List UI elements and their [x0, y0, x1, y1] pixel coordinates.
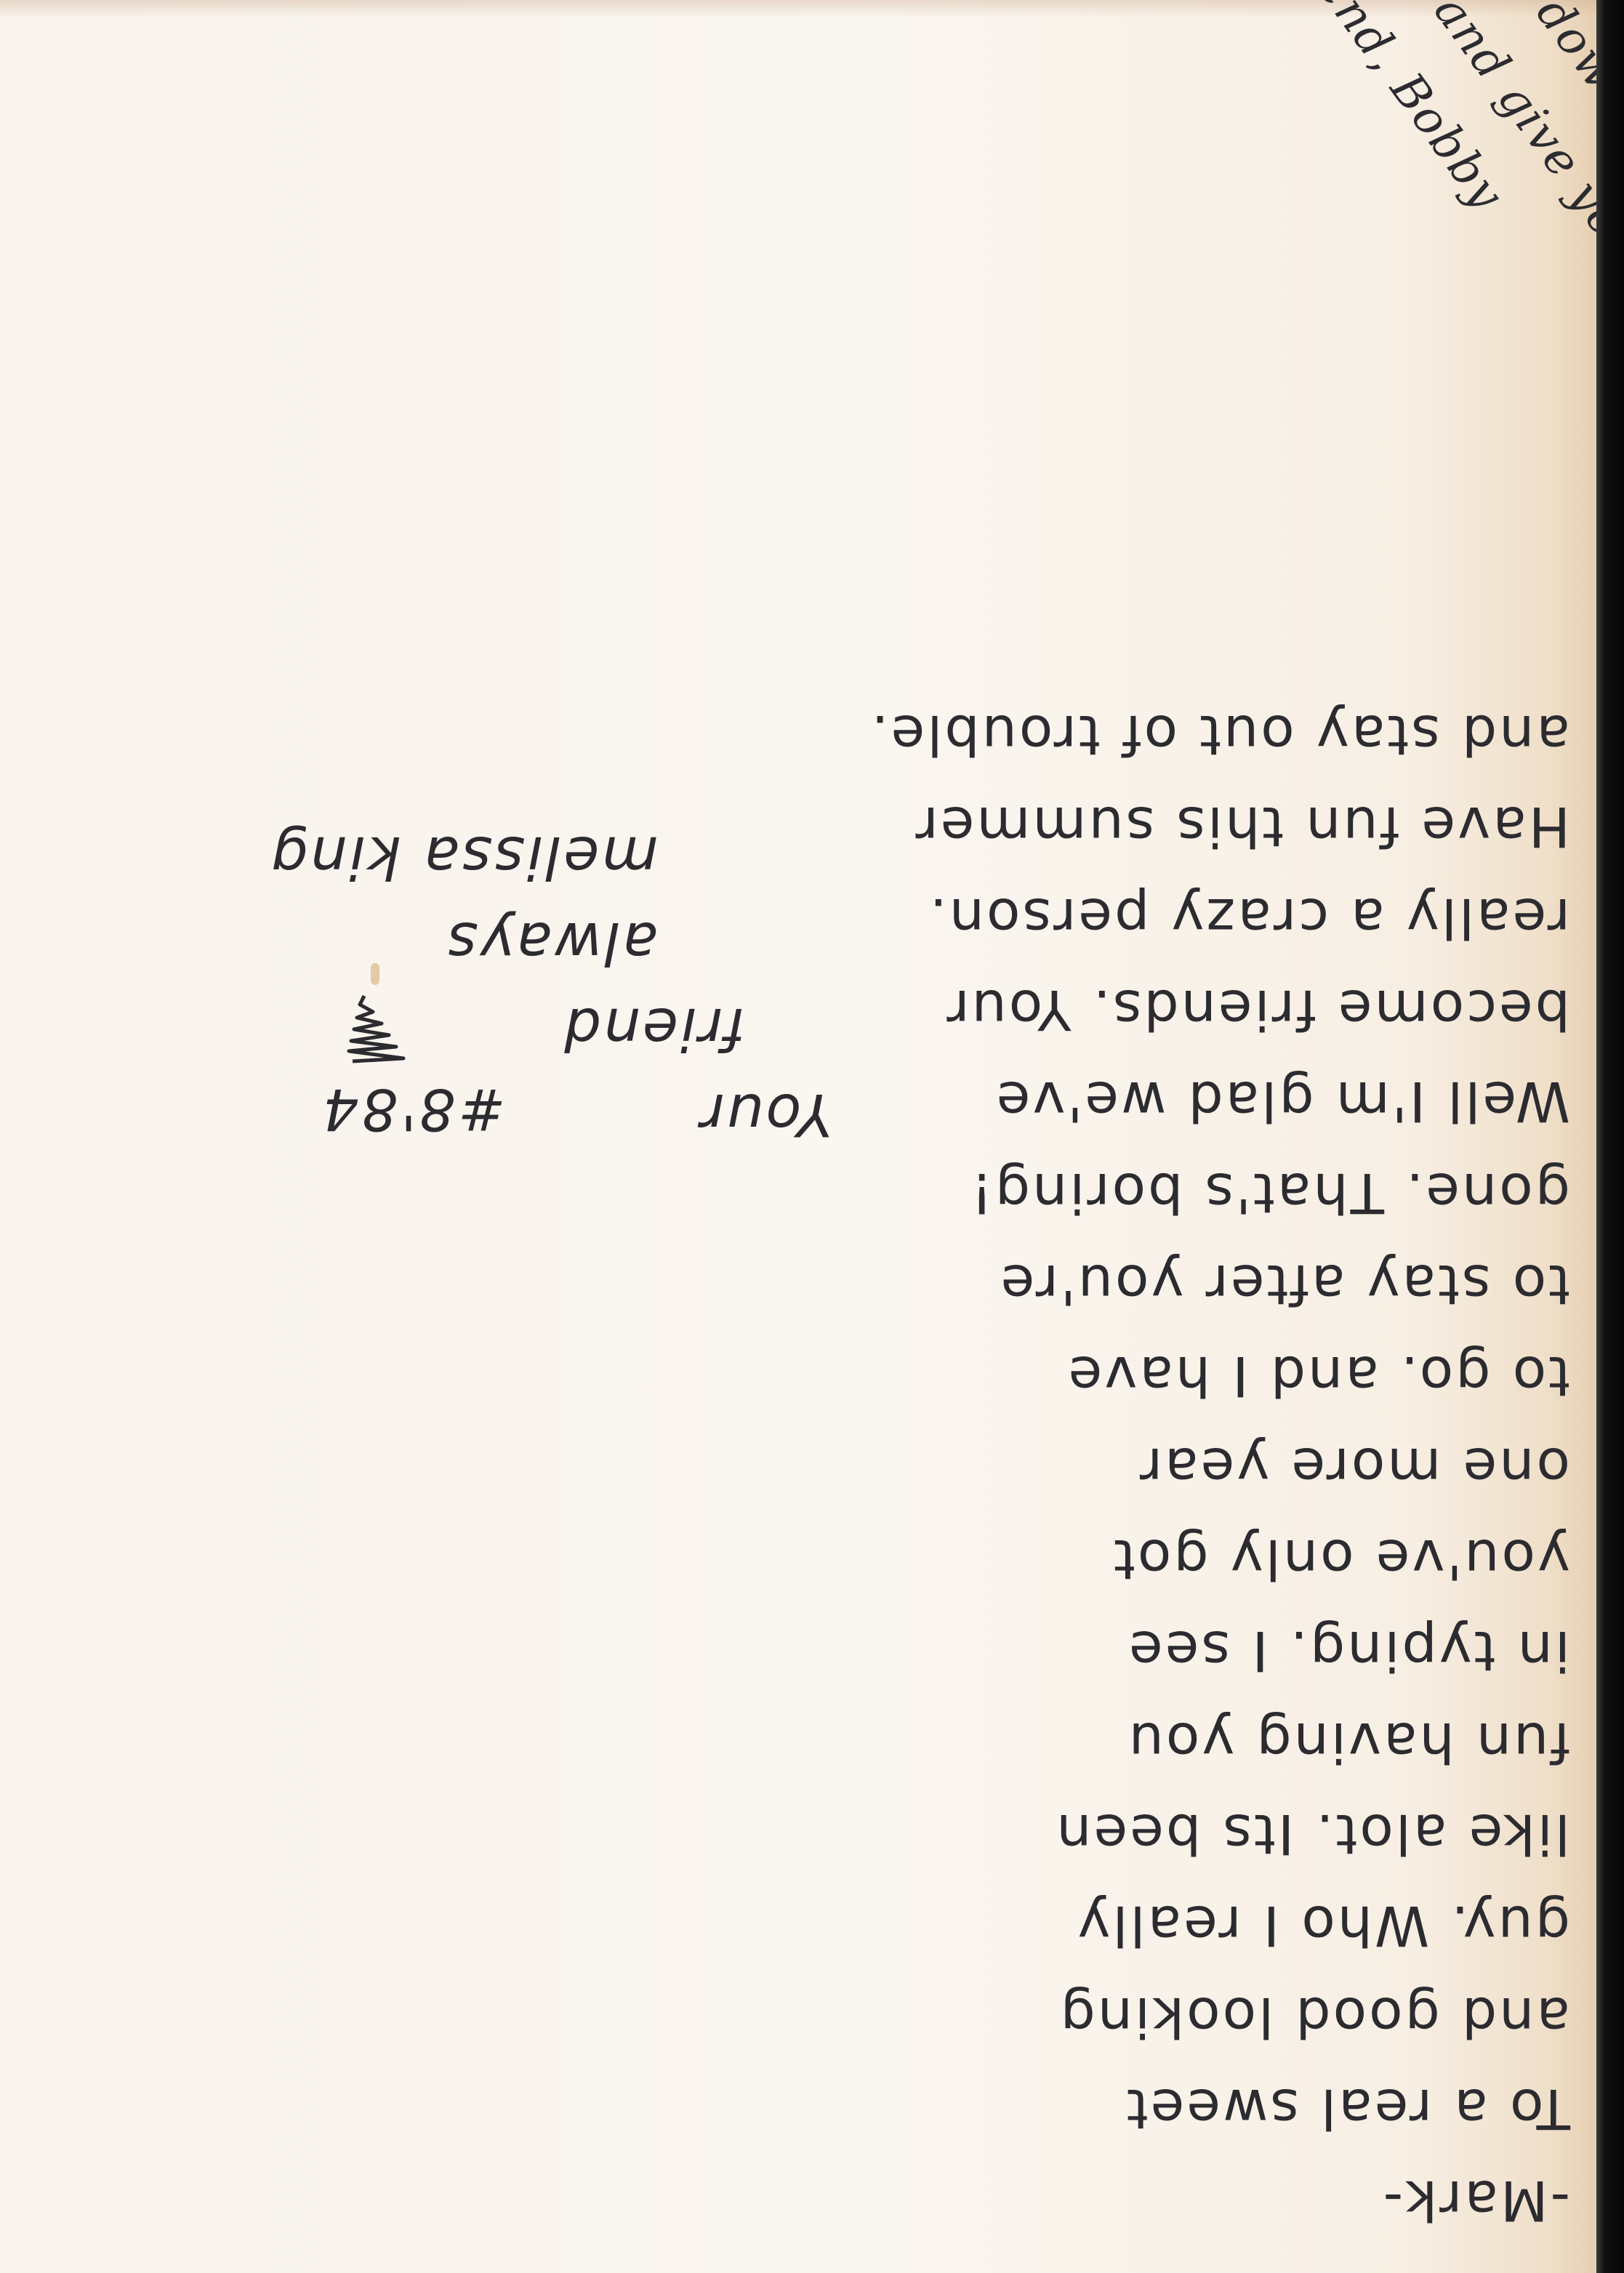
inscription-line: one more year: [240, 1422, 1592, 1513]
diagonal-inscription: -Mark- Dr a good friend that we have rea…: [1112, 0, 1624, 632]
inscription-line: and good looking: [240, 1971, 1592, 2063]
yearbook-page: -Mark- Dr a good friend that we have rea…: [0, 0, 1596, 2273]
inscription-line: you've only got: [240, 1513, 1592, 1605]
scribble-mark-icon: [331, 989, 411, 1069]
inscription-line: to go. and I have: [240, 1330, 1592, 1422]
paper-stain: [371, 963, 379, 985]
signature-melissa: melissa king: [269, 814, 920, 900]
book-binding-edge: [1596, 0, 1624, 2273]
inscription-line: gone. That's boring!: [240, 1147, 1592, 1239]
inscription-line: and stay out of trouble.: [240, 689, 1592, 781]
date-tag: #8'84: [320, 1076, 506, 1141]
inscription-line: To a real sweet: [240, 2063, 1592, 2155]
inscription-line: fun having you: [240, 1697, 1592, 1788]
closing-line: always: [269, 900, 920, 986]
inscription-line: to stay after you're: [240, 1239, 1592, 1330]
upside-down-inscription: -Mark- To a real sweet and good looking …: [240, 800, 1592, 2246]
inscription-line: like alot. Its been: [240, 1788, 1592, 1880]
inscription-line: guy. Who I really: [240, 1880, 1592, 1971]
inscription-line: in typing. I see: [240, 1605, 1592, 1697]
inscription-greeting: -Mark-: [240, 2155, 1592, 2246]
